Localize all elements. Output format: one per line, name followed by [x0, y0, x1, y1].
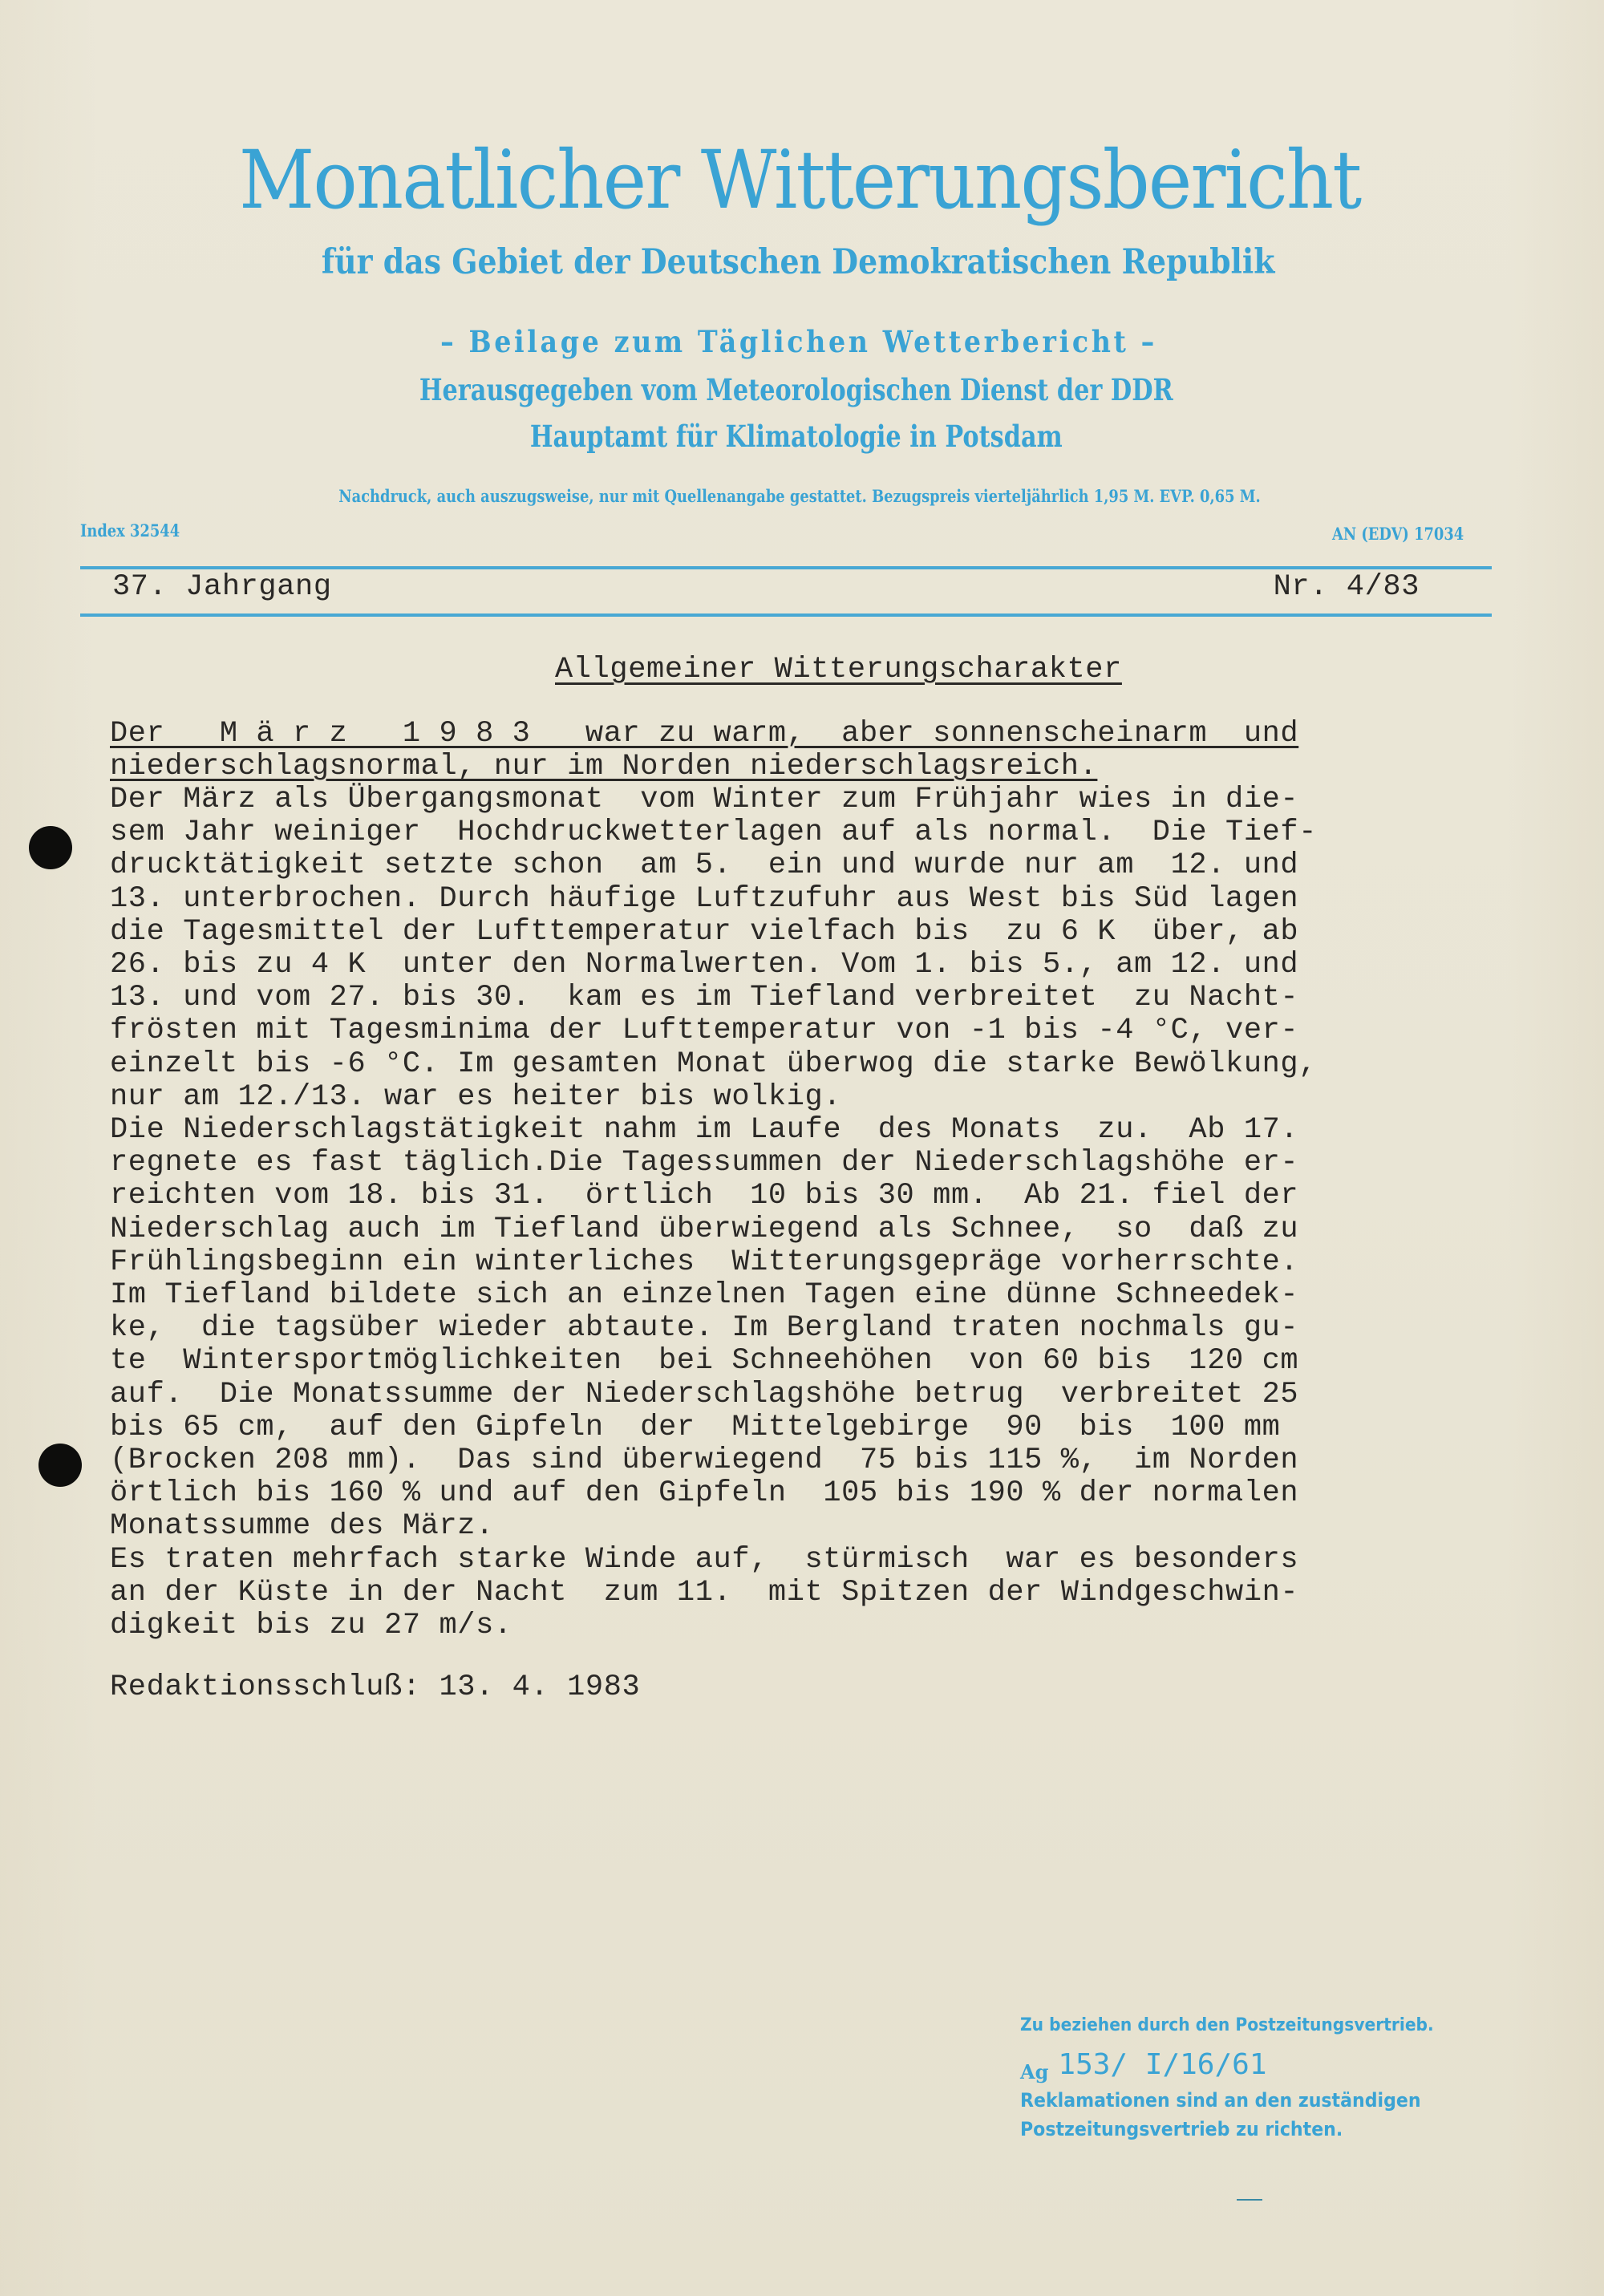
body-line: örtlich bis 160 % und auf den Gipfeln 10…	[110, 1477, 1521, 1510]
ag-prefix: Ag	[1020, 2060, 1048, 2083]
lead-summary: Der M ä r z 1 9 8 3 war zu warm, aber so…	[110, 718, 1513, 784]
body-line: einzelt bis -6 °C. Im gesamten Monat übe…	[110, 1048, 1521, 1081]
punch-hole-icon	[29, 826, 72, 869]
body-line: Niederschlag auch im Tiefland überwiegen…	[110, 1213, 1521, 1246]
body-line: Es traten mehrfach starke Winde auf, stü…	[110, 1544, 1521, 1577]
masthead-title: Monatlicher Witterungsbericht	[62, 140, 1537, 221]
masthead-office: Hauptamt für Klimatologie in Potsdam	[139, 422, 1454, 452]
body-line: frösten mit Tagesminima der Lufttemperat…	[110, 1014, 1521, 1047]
punch-hole-icon	[38, 1444, 82, 1487]
lead-line: niederschlagsnormal, nur im Norden niede…	[110, 751, 1513, 784]
body-line: Monatssumme des März.	[110, 1510, 1521, 1543]
body-line: die Tagesmittel der Lufttemperatur vielf…	[110, 916, 1521, 949]
header-rule-bottom	[80, 613, 1492, 617]
masthead-supplement: – Beilage zum Täglichen Wetterbericht –	[77, 327, 1521, 357]
body-line: te Wintersportmöglichkeiten bei Schneehö…	[110, 1345, 1521, 1378]
body-line: drucktätigkeit setzte schon am 5. ein un…	[110, 849, 1521, 882]
body-line: sem Jahr weiniger Hochdruckwetterlagen a…	[110, 816, 1521, 849]
ag-number-line: Ag153/ I/16/61	[1020, 2051, 1470, 2079]
body-line: Die Niederschlagstätigkeit nahm im Laufe…	[110, 1114, 1521, 1147]
body-line: Frühlingsbeginn ein winterliches Witteru…	[110, 1246, 1521, 1279]
postal-line-3: Reklamationen sind an den zuständigen	[1020, 2091, 1434, 2110]
body-line: reichten vom 18. bis 31. örtlich 10 bis …	[110, 1180, 1521, 1213]
masthead-publisher: Herausgegeben vom Meteorologischen Diens…	[139, 375, 1454, 405]
lead-line: Der M ä r z 1 9 8 3 war zu warm, aber so…	[110, 718, 1513, 751]
body-line: 13. und vom 27. bis 30. kam es im Tiefla…	[110, 982, 1521, 1014]
body-line: regnete es fast täglich.Die Tagessummen …	[110, 1147, 1521, 1180]
body-line: digkeit bis zu 27 m/s.	[110, 1610, 1521, 1642]
body-line: nur am 12./13. war es heiter bis wolkig.	[110, 1081, 1521, 1114]
volume-label: 37. Jahrgang	[112, 571, 332, 604]
an-edv-number: AN (EDV) 17034	[1332, 525, 1464, 542]
issue-number: Nr. 4/83	[1274, 571, 1420, 604]
body-line: auf. Die Monatssumme der Niederschlagshö…	[110, 1379, 1521, 1411]
editorial-deadline: Redaktionsschluß: 13. 4. 1983	[110, 1671, 640, 1704]
postal-distribution-notice: Zu beziehen durch den Postzeitungsvertri…	[1020, 2017, 1470, 2139]
header-rule-top	[80, 566, 1492, 569]
small-dash-mark	[1237, 2199, 1262, 2201]
reprint-notice: Nachdruck, auch auszugsweise, nur mit Qu…	[118, 488, 1481, 504]
body-line: (Brocken 208 mm). Das sind überwiegend 7…	[110, 1444, 1521, 1477]
body-line: Der März als Übergangsmonat vom Winter z…	[110, 784, 1521, 816]
section-heading: Allgemeiner Witterungscharakter	[555, 654, 1122, 686]
postal-line-1: Zu beziehen durch den Postzeitungsvertri…	[1020, 2017, 1434, 2035]
index-number: Index 32544	[80, 522, 180, 539]
postal-line-4: Postzeitungsvertrieb zu richten.	[1020, 2120, 1434, 2139]
body-line: an der Küste in der Nacht zum 11. mit Sp…	[110, 1577, 1521, 1610]
body-line: 26. bis zu 4 K unter den Normalwerten. V…	[110, 949, 1521, 982]
masthead-subtitle: für das Gebiet der Deutschen Demokratisc…	[92, 245, 1504, 280]
body-line: 13. unterbrochen. Durch häufige Luftzufu…	[110, 883, 1521, 916]
ag-number: 153/ I/16/61	[1058, 2048, 1266, 2081]
body-line: Im Tiefland bildete sich an einzelnen Ta…	[110, 1279, 1521, 1312]
report-body: Der März als Übergangsmonat vom Winter z…	[110, 784, 1521, 1642]
body-line: bis 65 cm, auf den Gipfeln der Mittelgeb…	[110, 1411, 1521, 1444]
body-line: ke, die tagsüber wieder abtaute. Im Berg…	[110, 1312, 1521, 1345]
